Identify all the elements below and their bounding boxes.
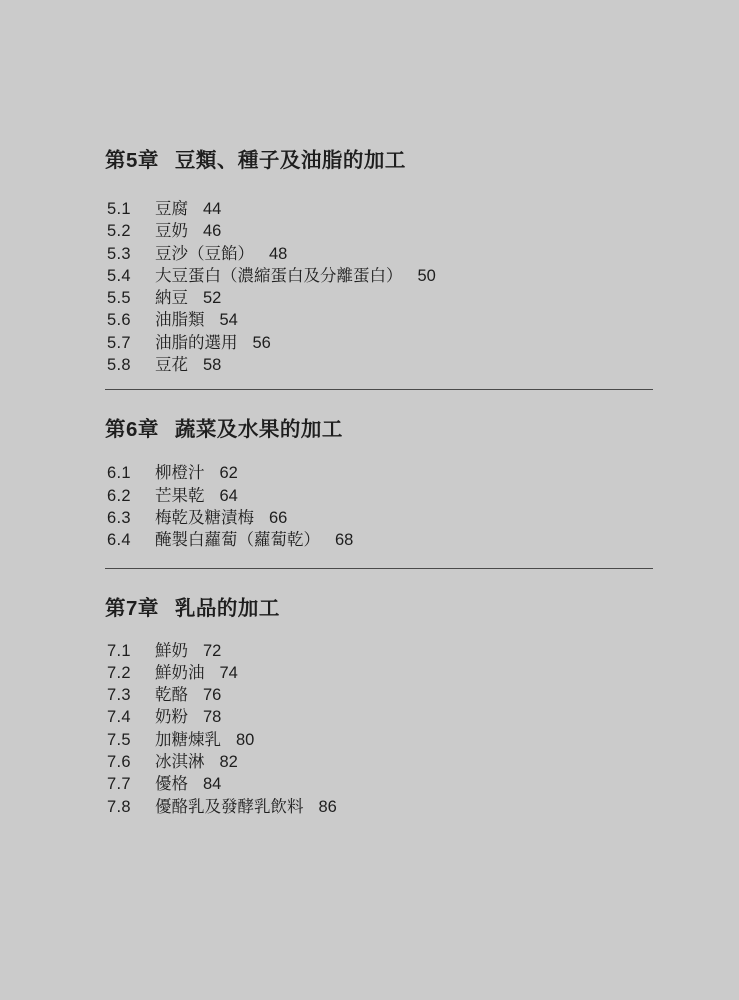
chapter-title: 豆類、種子及油脂的加工 — [175, 149, 406, 172]
section-number: 6.3 — [107, 507, 155, 529]
toc-row: 6.1柳橙汁62 — [105, 462, 653, 484]
section-number: 5.6 — [107, 309, 155, 331]
section-number: 7.1 — [107, 640, 155, 662]
chapter-heading: 第7章乳品的加工 — [105, 596, 653, 622]
section-number: 5.5 — [107, 287, 155, 309]
page-number: 74 — [220, 662, 238, 684]
section-title: 奶粉 — [155, 706, 188, 728]
page-number: 58 — [203, 354, 221, 376]
toc-row: 5.7油脂的選用56 — [105, 332, 653, 354]
section-title: 醃製白蘿蔔（蘿蔔乾） — [155, 529, 320, 551]
page-number: 80 — [236, 729, 254, 751]
section-title: 豆腐 — [155, 198, 188, 220]
toc-row: 6.4醃製白蘿蔔（蘿蔔乾）68 — [105, 529, 653, 551]
section-number: 5.8 — [107, 354, 155, 376]
section-title: 豆奶 — [155, 220, 188, 242]
toc-row: 5.5納豆52 — [105, 287, 653, 309]
toc-row: 7.5加糖煉乳80 — [105, 729, 653, 751]
toc-list: 6.1柳橙汁62 6.2芒果乾64 6.3梅乾及糖漬梅66 6.4醃製白蘿蔔（蘿… — [105, 462, 653, 551]
toc-row: 6.3梅乾及糖漬梅66 — [105, 507, 653, 529]
toc-row: 5.8豆花58 — [105, 354, 653, 376]
page-number: 84 — [203, 773, 221, 795]
page-number: 48 — [269, 243, 287, 265]
page-number: 62 — [220, 462, 238, 484]
section-number: 7.4 — [107, 706, 155, 728]
section-title: 豆沙（豆餡） — [155, 243, 254, 265]
toc-row: 6.2芒果乾64 — [105, 485, 653, 507]
page-number: 72 — [203, 640, 221, 662]
chapter-title: 蔬菜及水果的加工 — [175, 418, 343, 441]
section-title: 乾酪 — [155, 684, 188, 706]
section-number: 5.1 — [107, 198, 155, 220]
page-number: 56 — [253, 332, 271, 354]
page-number: 44 — [203, 198, 221, 220]
toc-content: 第5章豆類、種子及油脂的加工 5.1豆腐44 5.2豆奶46 5.3豆沙（豆餡）… — [0, 148, 739, 818]
page-number: 54 — [220, 309, 238, 331]
section-number: 5.2 — [107, 220, 155, 242]
toc-row: 5.4大豆蛋白（濃縮蛋白及分離蛋白）50 — [105, 265, 653, 287]
section-title: 鮮奶油 — [155, 662, 205, 684]
toc-row: 7.2鮮奶油74 — [105, 662, 653, 684]
page-number: 64 — [220, 485, 238, 507]
toc-page: 第5章豆類、種子及油脂的加工 5.1豆腐44 5.2豆奶46 5.3豆沙（豆餡）… — [0, 0, 739, 1000]
toc-row: 7.1鮮奶72 — [105, 640, 653, 662]
section-number: 7.8 — [107, 796, 155, 818]
section-number: 5.4 — [107, 265, 155, 287]
section-title: 鮮奶 — [155, 640, 188, 662]
page-number: 76 — [203, 684, 221, 706]
chapter-number: 第7章 — [105, 596, 159, 622]
section-title: 柳橙汁 — [155, 462, 205, 484]
section-number: 7.2 — [107, 662, 155, 684]
page-number: 78 — [203, 706, 221, 728]
section-title: 冰淇淋 — [155, 751, 205, 773]
page-number: 46 — [203, 220, 221, 242]
section-title: 大豆蛋白（濃縮蛋白及分離蛋白） — [155, 265, 403, 287]
toc-list: 7.1鮮奶72 7.2鮮奶油74 7.3乾酪76 7.4奶粉78 7.5加糖煉乳… — [105, 640, 653, 818]
toc-row: 5.6油脂類54 — [105, 309, 653, 331]
section-title: 油脂的選用 — [155, 332, 238, 354]
section-number: 6.4 — [107, 529, 155, 551]
toc-row: 7.3乾酪76 — [105, 684, 653, 706]
chapter-title: 乳品的加工 — [175, 597, 280, 620]
section-number: 7.5 — [107, 729, 155, 751]
toc-row: 5.2豆奶46 — [105, 220, 653, 242]
section-title: 優酪乳及發酵乳飲料 — [155, 796, 304, 818]
section-number: 7.3 — [107, 684, 155, 706]
section-divider — [105, 389, 653, 390]
page-number: 82 — [220, 751, 238, 773]
section-title: 豆花 — [155, 354, 188, 376]
section-number: 7.6 — [107, 751, 155, 773]
section-title: 芒果乾 — [155, 485, 205, 507]
chapter-number: 第5章 — [105, 148, 159, 174]
toc-row: 7.6冰淇淋82 — [105, 751, 653, 773]
toc-row: 7.4奶粉78 — [105, 706, 653, 728]
toc-row: 5.3豆沙（豆餡）48 — [105, 243, 653, 265]
toc-row: 5.1豆腐44 — [105, 198, 653, 220]
section-title: 優格 — [155, 773, 188, 795]
chapter-heading: 第6章蔬菜及水果的加工 — [105, 417, 653, 443]
section-title: 梅乾及糖漬梅 — [155, 507, 254, 529]
section-title: 油脂類 — [155, 309, 205, 331]
section-number: 7.7 — [107, 773, 155, 795]
page-number: 86 — [319, 796, 337, 818]
page-number: 50 — [418, 265, 436, 287]
toc-row: 7.7優格84 — [105, 773, 653, 795]
toc-row: 7.8優酪乳及發酵乳飲料86 — [105, 796, 653, 818]
section-title: 加糖煉乳 — [155, 729, 221, 751]
chapter-number: 第6章 — [105, 417, 159, 443]
page-number: 68 — [335, 529, 353, 551]
section-divider — [105, 568, 653, 569]
toc-list: 5.1豆腐44 5.2豆奶46 5.3豆沙（豆餡）48 5.4大豆蛋白（濃縮蛋白… — [105, 198, 653, 376]
page-number: 66 — [269, 507, 287, 529]
section-title: 納豆 — [155, 287, 188, 309]
section-number: 5.7 — [107, 332, 155, 354]
section-number: 5.3 — [107, 243, 155, 265]
section-number: 6.2 — [107, 485, 155, 507]
page-number: 52 — [203, 287, 221, 309]
chapter-heading: 第5章豆類、種子及油脂的加工 — [105, 148, 653, 174]
section-number: 6.1 — [107, 462, 155, 484]
